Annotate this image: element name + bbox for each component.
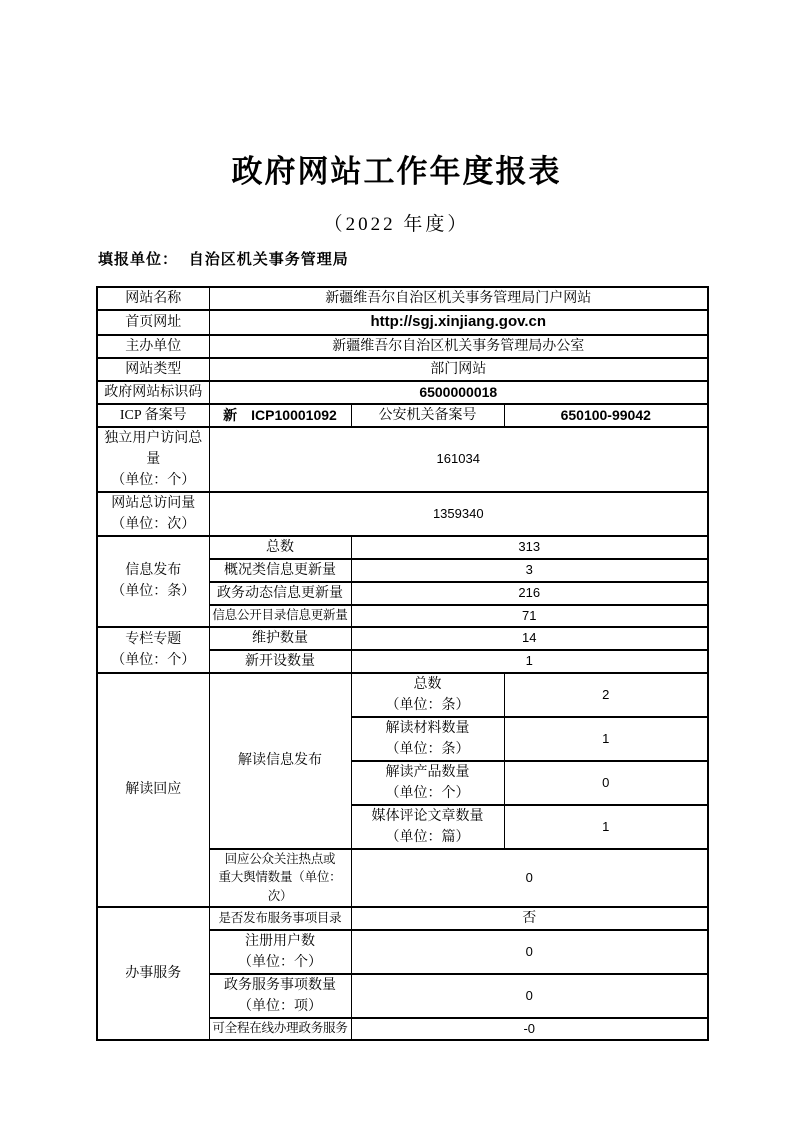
services-items-value: 0 (351, 974, 708, 1018)
interpretation-products-value: 0 (504, 761, 708, 805)
police-record-label: 公安机关备案号 (351, 404, 504, 427)
special-topics-maintained-value: 14 (351, 627, 708, 650)
special-topics-new-label: 新开设数量 (209, 650, 351, 673)
report-page: 政府网站工作年度报表 （2022 年度） 填报单位： 自治区机关事务管理局 网站… (0, 0, 793, 1122)
services-section-label: 办事服务 (97, 907, 209, 1040)
organizer-label: 主办单位 (97, 335, 209, 358)
services-online-value: -0 (351, 1018, 708, 1040)
total-visits-label: 网站总访问量 （单位：次） (97, 492, 209, 536)
info-release-directory-label: 信息公开目录信息更新量 (209, 605, 351, 627)
police-record-value: 650100-99042 (504, 404, 708, 427)
interpretation-total-value: 2 (504, 673, 708, 717)
site-name-value: 新疆维吾尔自治区机关事务管理局门户网站 (209, 287, 708, 310)
public-response-value: 0 (351, 849, 708, 907)
services-online-label: 可全程在线办理政务服务 (209, 1018, 351, 1040)
services-users-value: 0 (351, 930, 708, 974)
info-release-total-label: 总数 (209, 536, 351, 559)
annual-report-table: 网站名称 新疆维吾尔自治区机关事务管理局门户网站 首页网址 http://sgj… (96, 286, 709, 1041)
interpretation-media-value: 1 (504, 805, 708, 849)
icp-label: ICP 备案号 (97, 404, 209, 427)
table-row: ICP 备案号 新 ICP10001092 公安机关备案号 650100-990… (97, 404, 708, 427)
site-name-label: 网站名称 (97, 287, 209, 310)
site-code-value: 6500000018 (209, 381, 708, 404)
site-code-label: 政府网站标识码 (97, 381, 209, 404)
info-release-total-value: 313 (351, 536, 708, 559)
info-release-dynamics-value: 216 (351, 582, 708, 605)
table-row: 信息发布 （单位：条） 总数 313 (97, 536, 708, 559)
interpretation-materials-value: 1 (504, 717, 708, 761)
site-type-label: 网站类型 (97, 358, 209, 381)
special-topics-section-label: 专栏专题 （单位：个） (97, 627, 209, 673)
reporting-unit-value: 自治区机关事务管理局 (189, 248, 349, 269)
reporting-unit-line: 填报单位： 自治区机关事务管理局 (98, 248, 349, 269)
table-row: 网站类型 部门网站 (97, 358, 708, 381)
total-visits-value: 1359340 (209, 492, 708, 536)
homepage-url: http://sgj.xinjiang.gov.cn (209, 310, 708, 335)
table-row: 网站总访问量 （单位：次） 1359340 (97, 492, 708, 536)
info-release-section-label: 信息发布 （单位：条） (97, 536, 209, 627)
interpretation-products-label: 解读产品数量 （单位：个） (351, 761, 504, 805)
table-row: 解读回应 解读信息发布 总数 （单位：条） 2 (97, 673, 708, 717)
services-catalog-label: 是否发布服务事项目录 (209, 907, 351, 930)
services-items-label: 政务服务事项数量 （单位：项） (209, 974, 351, 1018)
homepage-label: 首页网址 (97, 310, 209, 335)
page-title: 政府网站工作年度报表 (0, 146, 793, 191)
unique-visitors-value: 161034 (209, 427, 708, 492)
interpretation-section-label: 解读回应 (97, 673, 209, 907)
interpretation-total-label: 总数 （单位：条） (351, 673, 504, 717)
icp-value: 新 ICP10001092 (209, 404, 351, 427)
interpretation-materials-label: 解读材料数量 （单位：条） (351, 717, 504, 761)
reporting-unit-label: 填报单位： (98, 248, 178, 269)
table-row: 专栏专题 （单位：个） 维护数量 14 (97, 627, 708, 650)
special-topics-maintained-label: 维护数量 (209, 627, 351, 650)
info-release-dynamics-label: 政务动态信息更新量 (209, 582, 351, 605)
services-users-label: 注册用户数 （单位：个） (209, 930, 351, 974)
organizer-value: 新疆维吾尔自治区机关事务管理局办公室 (209, 335, 708, 358)
info-release-overview-label: 概况类信息更新量 (209, 559, 351, 582)
interpretation-publish-label: 解读信息发布 (209, 673, 351, 849)
site-type-value: 部门网站 (209, 358, 708, 381)
info-release-directory-value: 71 (351, 605, 708, 627)
interpretation-media-label: 媒体评论文章数量 （单位：篇） (351, 805, 504, 849)
public-response-label: 回应公众关注热点或 重大舆情数量（单位：次） (209, 849, 351, 907)
page-subtitle: （2022 年度） (0, 209, 793, 236)
table-row: 政府网站标识码 6500000018 (97, 381, 708, 404)
table-row: 办事服务 是否发布服务事项目录 否 (97, 907, 708, 930)
services-catalog-value: 否 (351, 907, 708, 930)
table-row: 首页网址 http://sgj.xinjiang.gov.cn (97, 310, 708, 335)
special-topics-new-value: 1 (351, 650, 708, 673)
table-row: 网站名称 新疆维吾尔自治区机关事务管理局门户网站 (97, 287, 708, 310)
info-release-overview-value: 3 (351, 559, 708, 582)
unique-visitors-label: 独立用户访问总量 （单位：个） (97, 427, 209, 492)
table-row: 独立用户访问总量 （单位：个） 161034 (97, 427, 708, 492)
table-row: 主办单位 新疆维吾尔自治区机关事务管理局办公室 (97, 335, 708, 358)
